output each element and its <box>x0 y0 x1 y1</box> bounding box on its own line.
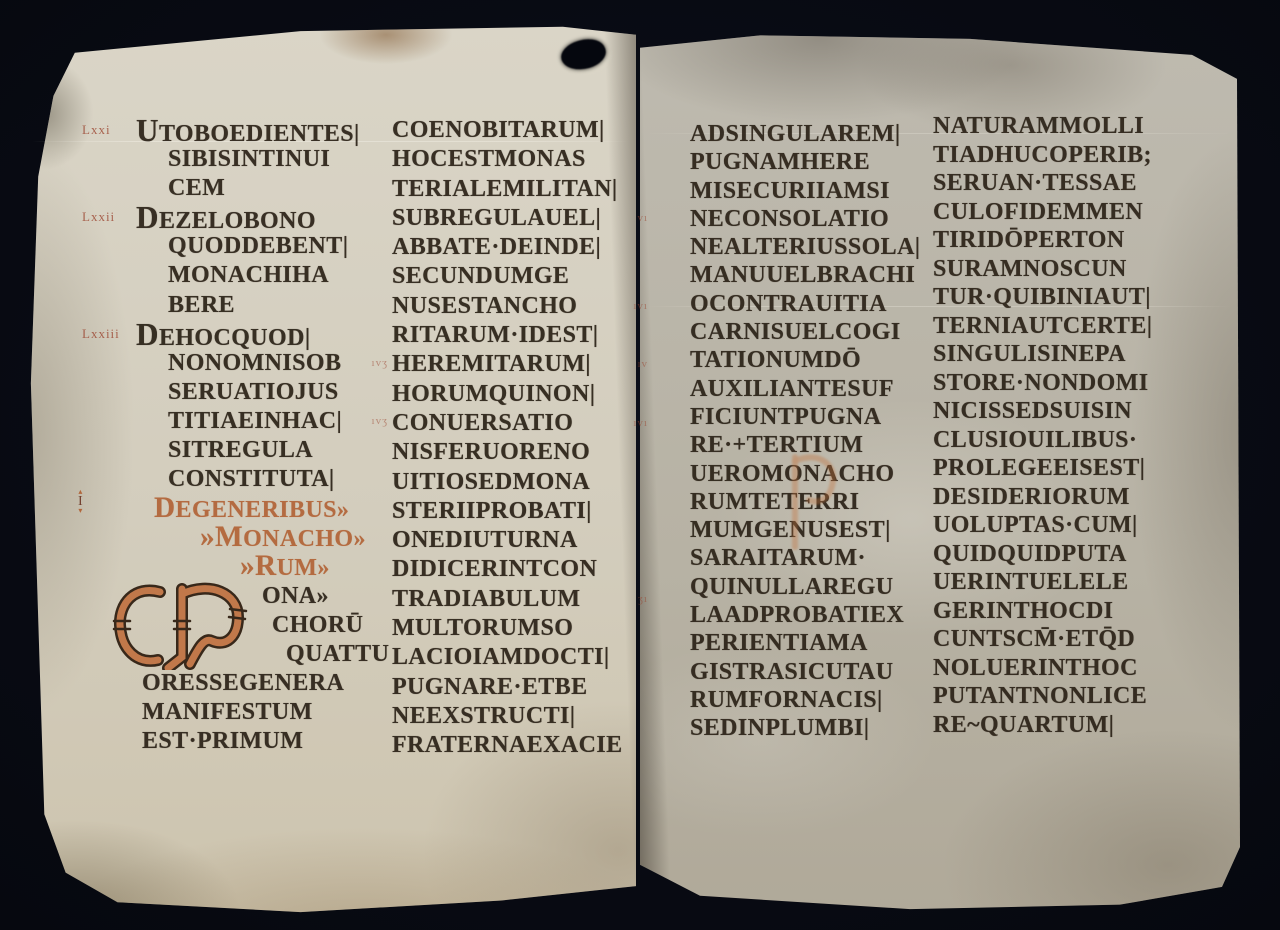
manuscript-line-text: TIADHUCOPERIB; <box>933 141 1189 170</box>
margin-gloss-mark: ıvı <box>633 300 648 312</box>
manuscript-text-line: UTOBOEDIENTES|Lxxi <box>114 116 382 145</box>
manuscript-line-text: PUGNARE·ETBE <box>392 673 642 702</box>
manuscript-line-text: DEGENERIBUS» <box>114 494 382 525</box>
manuscript-line-text: ADSINGULAREM| <box>690 120 946 148</box>
manuscript-line-text: MANUUELBRACHI <box>690 261 946 289</box>
manuscript-text-line: SERUAN·TESSAE <box>933 169 1189 198</box>
manuscript-line-text: SUBREGULAUEL| <box>392 204 642 233</box>
manuscript-line-text: SURAMNOSCUN <box>933 255 1189 284</box>
manuscript-line-text: CONUERSATIO <box>392 409 642 438</box>
manuscript-text-line: DEHOCQUOD|Lxxiii <box>114 320 382 349</box>
manuscript-text-line: CEM <box>114 174 382 203</box>
manuscript-line-text: SIBISINTINUI <box>114 145 382 174</box>
manuscript-text-line: QUINULLAREGU <box>690 573 946 601</box>
margin-chapter-number: Lxxii <box>82 209 115 225</box>
manuscript-line-text: ORESSEGENERA <box>114 669 382 698</box>
manuscript-text-line: SIBISINTINUI <box>114 145 382 174</box>
manuscript-text-line: DEZELOBONOLxxii <box>114 203 382 232</box>
manuscript-text-line: HEREMITARUM|ıv <box>392 350 642 379</box>
manuscript-text-line: SITREGULA <box>114 436 382 465</box>
manuscript-text-line: NONOMNISOBıvʒ <box>114 349 382 378</box>
manuscript-line-text: SEDINPLUMBI| <box>690 714 946 742</box>
margin-chapter-number: ▴I▾ <box>78 488 84 515</box>
manuscript-line-text: PERIENTIAMA <box>690 629 946 657</box>
manuscript-text-line: MANIFESTUM <box>114 698 382 727</box>
manuscript-text-line: STERIIPROBATI| <box>392 497 642 526</box>
manuscript-line-text: RUMFORNACIS| <box>690 686 946 714</box>
manuscript-text-line: QUODDEBENT| <box>114 232 382 261</box>
manuscript-text-line: GERINTHOCDI <box>933 597 1189 626</box>
manuscript-line-text: UITIOSEDMONA <box>392 468 642 497</box>
margin-gloss-mark: ʒı <box>638 593 648 605</box>
manuscript-line-text: MISECURIIAMSI <box>690 177 946 205</box>
manuscript-text-line: TIRIDŌPERTON <box>933 226 1189 255</box>
manuscript-line-text: TATIONUMDŌ <box>690 346 946 374</box>
manuscript-text-line: NISFERUORENO <box>392 438 642 467</box>
manuscript-line-text: SERUATIOJUS <box>114 378 382 407</box>
manuscript-text-line: TRADIABULUMʒı <box>392 585 642 614</box>
manuscript-text-line: ORESSEGENERA <box>114 669 382 698</box>
manuscript-text-line: MANUUELBRACHI <box>690 261 946 289</box>
manuscript-text-line: DESIDERIORUM <box>933 483 1189 512</box>
manuscript-text-line: HOCESTMONAS <box>392 145 642 174</box>
manuscript-line-text: SERUAN·TESSAE <box>933 169 1189 198</box>
ink-offset-ghost <box>781 451 845 553</box>
manuscript-line-text: CEM <box>114 174 382 203</box>
manuscript-line-text: QUINULLAREGU <box>690 573 946 601</box>
manuscript-line-text: FRATERNAEXACIE <box>392 731 642 760</box>
manuscript-line-text: SINGULISINEPA <box>933 340 1189 369</box>
manuscript-line-text: QUIDQUIDPUTA <box>933 540 1189 569</box>
manuscript-text-line: PROLEGEEISEST| <box>933 454 1189 483</box>
margin-gloss-mark: ıv <box>637 358 648 370</box>
margin-chapter-number: Lxxi <box>82 122 111 138</box>
manuscript-text-line: RUMFORNACIS| <box>690 686 946 714</box>
manuscript-text-line: LACIOIAMDOCTI| <box>392 643 642 672</box>
manuscript-line-text: DESIDERIORUM <box>933 483 1189 512</box>
manuscript-line-text: EST·PRIMUM <box>114 727 382 756</box>
margin-gloss-mark: ıvʒ <box>372 415 388 427</box>
manuscript-line-text: CUNTSCM̄·ETQ̄D <box>933 625 1189 654</box>
manuscript-text-line: HORUMQUINON| <box>392 380 642 409</box>
manuscript-text-line: UERINTUELELE <box>933 568 1189 597</box>
manuscript-line-text: GERINTHOCDI <box>933 597 1189 626</box>
manuscript-line-text: UOLUPTAS·CUM| <box>933 511 1189 540</box>
manuscript-line-text: PROLEGEEISEST| <box>933 454 1189 483</box>
manuscript-line-text: MANIFESTUM <box>114 698 382 727</box>
manuscript-text-line: COENOBITARUM| <box>392 116 642 145</box>
manuscript-text-line: UITIOSEDMONA <box>392 468 642 497</box>
margin-gloss-mark: ıvı <box>633 417 648 429</box>
manuscript-text-line: OCONTRAUITIA <box>690 290 946 318</box>
manuscript-text-line: ADSINGULAREM| <box>690 120 946 148</box>
manuscript-line-text: MONACHIHA <box>114 261 382 290</box>
manuscript-line-text: OCONTRAUITIA <box>690 290 946 318</box>
manuscript-line-text: TITIAEINHAC| <box>114 407 382 436</box>
manuscript-text-line: DIDICERINTCON <box>392 555 642 584</box>
margin-gloss-mark: ıvʒ <box>372 357 388 369</box>
manuscript-text-line: QUIDQUIDPUTA <box>933 540 1189 569</box>
manuscript-text-line: STORE·NONDOMI <box>933 369 1189 398</box>
manuscript-line-text: LAADPROBATIEX <box>690 601 946 629</box>
manuscript-line-text: NONOMNISOB <box>114 349 382 378</box>
manuscript-text-line: NECONSOLATIO <box>690 205 946 233</box>
manuscript-text-line: RE~QUARTUM| <box>933 711 1189 740</box>
manuscript-text-line: FRATERNAEXACIE <box>392 731 642 760</box>
manuscript-line-text: BERE <box>114 291 382 320</box>
manuscript-text-line: CULOFIDEMMEN <box>933 198 1189 227</box>
margin-chapter-number: Lxxiii <box>82 326 120 342</box>
manuscript-text-line: PUTANTNONLICE <box>933 682 1189 711</box>
manuscript-text-line: ONEDIUTURNA <box>392 526 642 555</box>
manuscript-photo: UTOBOEDIENTES|LxxiSIBISINTINUICEMDEZELOB… <box>0 0 1280 930</box>
manuscript-text-line: NEEXSTRUCTI| <box>392 702 642 731</box>
manuscript-text-line: CONSTITUTA| <box>114 465 382 494</box>
manuscript-text-line: CUNTSCM̄·ETQ̄D <box>933 625 1189 654</box>
manuscript-line-text: AUXILIANTESUF <box>690 375 946 403</box>
manuscript-text-line: NOLUERINTHOC <box>933 654 1189 683</box>
manuscript-line-text: RE~QUARTUM| <box>933 711 1189 740</box>
manuscript-line-text: NATURAMMOLLI <box>933 112 1189 141</box>
manuscript-line-text: NISFERUORENO <box>392 438 642 467</box>
manuscript-line-text: STERIIPROBATI| <box>392 497 642 526</box>
manuscript-text-line: EST·PRIMUM <box>114 727 382 756</box>
manuscript-line-text: SECUNDUMGE <box>392 262 642 291</box>
manuscript-line-text: STORE·NONDOMI <box>933 369 1189 398</box>
manuscript-text-line: NATURAMMOLLI <box>933 112 1189 141</box>
manuscript-text-line: TATIONUMDŌ <box>690 346 946 374</box>
manuscript-line-text: CONSTITUTA| <box>114 465 382 494</box>
manuscript-text-line: TITIAEINHAC|ıvʒ <box>114 407 382 436</box>
decorated-initial-M-icon <box>110 577 250 670</box>
manuscript-line-text: TUR·QUIBINIAUT| <box>933 283 1189 312</box>
manuscript-text-line: SECUNDUMGE <box>392 262 642 291</box>
manuscript-text-line: NICISSEDSUISIN <box>933 397 1189 426</box>
manuscript-text-line: PUGNAMHERE <box>690 148 946 176</box>
manuscript-line-text: TIRIDŌPERTON <box>933 226 1189 255</box>
manuscript-line-text: NICISSEDSUISIN <box>933 397 1189 426</box>
manuscript-line-text: MULTORUMSO <box>392 614 642 643</box>
manuscript-text-line: TERNIAUTCERTE| <box>933 312 1189 341</box>
manuscript-text-line: SERUATIOJUS <box>114 378 382 407</box>
manuscript-text-line: SURAMNOSCUN <box>933 255 1189 284</box>
manuscript-line-text: CLUSIOUILIBUS· <box>933 426 1189 455</box>
manuscript-text-line: UOLUPTAS·CUM| <box>933 511 1189 540</box>
left-page-column-2: COENOBITARUM|HOCESTMONASTERIALEMILITAN|S… <box>392 116 642 761</box>
manuscript-text-line: PERIENTIAMA <box>690 629 946 657</box>
manuscript-text-line: SUBREGULAUEL|vı <box>392 204 642 233</box>
manuscript-text-line: LAADPROBATIEX <box>690 601 946 629</box>
manuscript-text-line: TERIALEMILITAN| <box>392 175 642 204</box>
manuscript-line-text: CULOFIDEMMEN <box>933 198 1189 227</box>
manuscript-text-line: BERE <box>114 291 382 320</box>
manuscript-line-text: FICIUNTPUGNA <box>690 403 946 431</box>
manuscript-text-line: AUXILIANTESUF <box>690 375 946 403</box>
manuscript-text-line: NUSESTANCHOıvı <box>392 292 642 321</box>
margin-gloss-mark: vı <box>637 212 648 224</box>
manuscript-line-text: GISTRASICUTAU <box>690 658 946 686</box>
manuscript-line-text: NEALTERIUSSOLA| <box>690 233 946 261</box>
manuscript-text-line: CONUERSATIOıvı <box>392 409 642 438</box>
manuscript-text-line: SINGULISINEPA <box>933 340 1189 369</box>
manuscript-line-text: LACIOIAMDOCTI| <box>392 643 642 672</box>
manuscript-line-text: NOLUERINTHOC <box>933 654 1189 683</box>
manuscript-text-line: SEDINPLUMBI| <box>690 714 946 742</box>
manuscript-line-text: TERIALEMILITAN| <box>392 175 642 204</box>
manuscript-line-text: ABBATE·DEINDE| <box>392 233 642 262</box>
manuscript-text-line: MONACHIHA <box>114 261 382 290</box>
manuscript-line-text: NECONSOLATIO <box>690 205 946 233</box>
manuscript-line-text: PUTANTNONLICE <box>933 682 1189 711</box>
manuscript-text-line: TIADHUCOPERIB; <box>933 141 1189 170</box>
manuscript-text-line: »MONACHO» <box>114 523 382 552</box>
manuscript-line-text: NEEXSTRUCTI| <box>392 702 642 731</box>
manuscript-line-text: ONEDIUTURNA <box>392 526 642 555</box>
manuscript-text-line: CARNISUELCOGI <box>690 318 946 346</box>
manuscript-line-text: DIDICERINTCON <box>392 555 642 584</box>
manuscript-line-text: NUSESTANCHO <box>392 292 642 321</box>
manuscript-line-text: PUGNAMHERE <box>690 148 946 176</box>
manuscript-line-text: COENOBITARUM| <box>392 116 642 145</box>
manuscript-text-line: CLUSIOUILIBUS· <box>933 426 1189 455</box>
manuscript-line-text: HORUMQUINON| <box>392 380 642 409</box>
manuscript-text-line: MULTORUMSO <box>392 614 642 643</box>
manuscript-line-text: TRADIABULUM <box>392 585 642 614</box>
manuscript-line-text: UERINTUELELE <box>933 568 1189 597</box>
manuscript-text-line: PUGNARE·ETBE <box>392 673 642 702</box>
manuscript-line-text: SITREGULA <box>114 436 382 465</box>
right-page-column-1: ADSINGULAREM|PUGNAMHEREMISECURIIAMSINECO… <box>690 120 946 743</box>
manuscript-text-line: TUR·QUIBINIAUT| <box>933 283 1189 312</box>
manuscript-text-line: RITARUM·IDEST| <box>392 321 642 350</box>
manuscript-text-line: GISTRASICUTAU <box>690 658 946 686</box>
manuscript-text-line: DEGENERIBUS»▴I▾ <box>114 494 382 523</box>
manuscript-line-text: CARNISUELCOGI <box>690 318 946 346</box>
manuscript-line-text: RITARUM·IDEST| <box>392 321 642 350</box>
manuscript-line-text: HOCESTMONAS <box>392 145 642 174</box>
manuscript-line-text: TERNIAUTCERTE| <box>933 312 1189 341</box>
manuscript-text-line: FICIUNTPUGNA <box>690 403 946 431</box>
right-page-column-2: NATURAMMOLLITIADHUCOPERIB;SERUAN·TESSAEC… <box>933 112 1189 739</box>
manuscript-line-text: QUODDEBENT| <box>114 232 382 261</box>
manuscript-line-text: HEREMITARUM| <box>392 350 642 379</box>
manuscript-text-line: MISECURIIAMSI <box>690 177 946 205</box>
manuscript-text-line: ABBATE·DEINDE| <box>392 233 642 262</box>
manuscript-text-line: NEALTERIUSSOLA| <box>690 233 946 261</box>
